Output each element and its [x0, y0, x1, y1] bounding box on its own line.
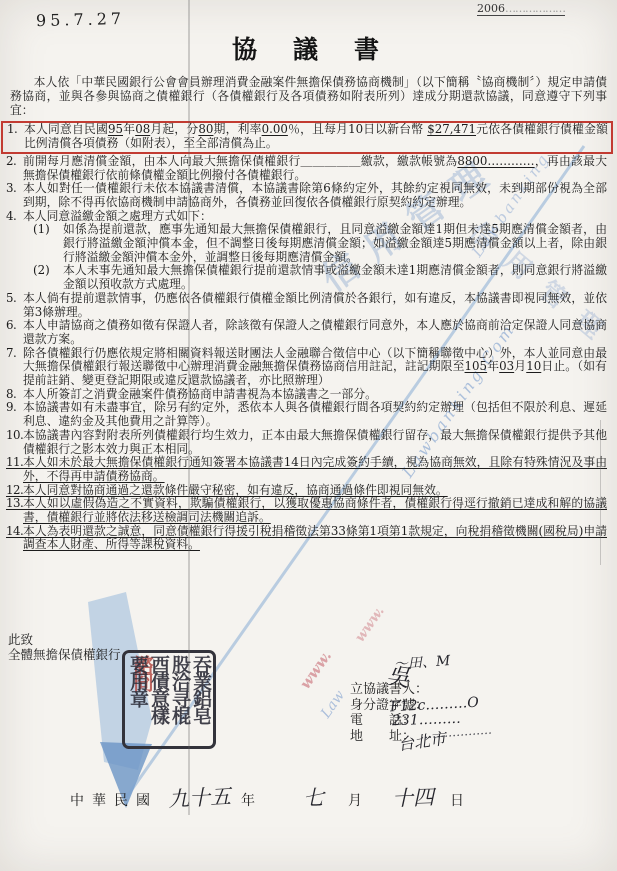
- document-number-clear: 2006: [477, 2, 505, 15]
- clause-number: 11.: [6, 456, 23, 470]
- day-label: 日: [450, 790, 464, 810]
- clause-8: 8.本人所簽訂之消費金融案件債務協商申請書視為本協議書之一部分。: [8, 388, 607, 402]
- document-number: 2006………………: [477, 2, 565, 16]
- clause-2: 2.前開每月應清償金額，由本人向最大無擔保債權銀行＿＿＿＿＿繳款，繳款帳號為88…: [8, 155, 607, 182]
- clause-10: 10.本協議書內容對附表所列債權銀行均生效力，正本由最大無擔保債權銀行留存，最大…: [8, 429, 607, 456]
- clause-number: 9.: [6, 401, 16, 415]
- received-date-stamp: 95.7.27: [36, 9, 126, 30]
- clause-7: 7.除各債權銀行仍應依規定將相關資料報送財團法人金融聯合徵信中心（以下簡稱聯徵中…: [8, 347, 607, 388]
- seal-column: 股洽寻棍: [170, 655, 189, 744]
- handwritten-month: 七: [302, 782, 324, 813]
- clause-list: 1.本人同意自民國95年08月起，分80期，利率0.00％，且每月10日以新台幣…: [8, 121, 607, 552]
- clause-subitem: (1)如係為提前還款，應事先通知最大無擔保債權銀行，且同意溢繳金額達1期但未達5…: [33, 223, 607, 264]
- date-line: 中華民國 九十五 年 七 月 十四 日: [70, 782, 464, 812]
- seal-column: 酉債意樣: [149, 655, 168, 744]
- clause-number: 14.: [6, 525, 23, 539]
- clause-14: 14.本人為表明還款之誠意，同意債權銀行得援引稅捐稽徵法第33條第1項第1款規定…: [8, 525, 607, 552]
- filled-blank: $27,471: [427, 122, 476, 136]
- clause-13: 13.本人如以虛假偽造之不實資料，欺騙債權銀行，以獲取優惠協商條件者，債權銀行得…: [8, 497, 607, 524]
- clause-number: 8.: [6, 388, 16, 402]
- clause-number: 4.: [6, 210, 16, 224]
- scanned-agreement-document: 信用管理 信用管理 Lawbanking.Com Lawbanking www.…: [0, 0, 617, 871]
- filled-blank: 08: [135, 122, 150, 136]
- clause-subitem: (2)本人未事先通知最大無擔保債權銀行提前還款情事或溢繳金額未達1期應清償金額者…: [33, 264, 607, 291]
- clause-4: 4.本人同意溢繳金額之處理方式如下：(1)如係為提前還款，應事先通知最大無擔保債…: [8, 210, 607, 292]
- clause-number: 10.: [6, 429, 23, 443]
- era-label: 中華民國: [70, 790, 158, 810]
- clause-number: 13.: [6, 497, 23, 511]
- highlight-red-box: 1.本人同意自民國95年08月起，分80期，利率0.00％，且每月10日以新台幣…: [1, 121, 613, 153]
- clause-number: 12.: [6, 484, 23, 498]
- filled-blank: 8800…………: [457, 154, 534, 168]
- clause-number: 7.: [6, 347, 16, 361]
- filled-blank: 80: [198, 122, 213, 136]
- clause-number: 6.: [6, 319, 16, 333]
- clause-1: 1.本人同意自民國95年08月起，分80期，利率0.00％，且每月10日以新台幣…: [9, 123, 608, 150]
- clause-number: 2.: [6, 155, 16, 169]
- clause-5: 5.本人倘有提前還款情事，仍應依各債權銀行債權金額比例清償於各銀行，如有違反，本…: [8, 292, 607, 319]
- clause-11: 11.本人如未於最大無擔保債權銀行通知簽署本協議書14日內完成簽約手續，視為協商…: [8, 456, 607, 483]
- right-edge-crease: [600, 420, 601, 565]
- closing-addressee: 全體無擔保債權銀行: [8, 647, 121, 662]
- subitem-number: (2): [33, 264, 50, 278]
- handwritten-address-city: 台北市: [397, 731, 447, 753]
- filled-blank: 10: [526, 359, 541, 373]
- clause-number: 1.: [7, 123, 17, 137]
- month-label: 月: [348, 790, 362, 810]
- handwritten-signer-name: 吳: [385, 668, 411, 687]
- document-number-redacted: ………………: [505, 2, 565, 15]
- seal-column: 吞業鋁皂: [191, 655, 210, 744]
- clause-6: 6.本人申請協商之債務如徵有保證人者，除該徵有保證人之債權銀行同意外，本人應於協…: [8, 319, 607, 346]
- filled-blank: 0.00: [262, 122, 288, 136]
- bank-seal-stamp: 諮冏 吞業鋁皂股洽寻棍酉債意樣要用章: [122, 650, 216, 749]
- filled-blank: 105: [465, 359, 488, 373]
- closing-block: 此致 全體無擔保債權銀行: [8, 632, 121, 662]
- closing-salutation: 此致: [8, 632, 121, 647]
- clause-3: 3.本人如對任一債權銀行未依本協議書清償，本協議書除第6條約定外，其餘約定視同無…: [8, 182, 607, 209]
- intro-paragraph: 本人依「中華民國銀行公會會員辦理消費金融案件無擔保債務協商機制」（以下簡稱〝協商…: [10, 76, 607, 117]
- filled-blank: 95: [108, 122, 123, 136]
- handwritten-year: 九十五: [167, 780, 231, 813]
- subitem-number: (1): [33, 223, 50, 237]
- seal-column: 要用章: [128, 655, 147, 744]
- clause-number: 3.: [6, 182, 16, 196]
- year-label: 年: [241, 790, 255, 810]
- page-fold-crease: [188, 0, 190, 815]
- clause-9: 9.本協議書如有未盡事宜，除另有約定外，悉依本人與各債權銀行間各項契約約定辦理（…: [8, 401, 607, 428]
- clause-number: 5.: [6, 292, 16, 306]
- handwritten-day: 十四: [391, 781, 434, 812]
- signature-block: 立協議書人： 身分證字號： 電 話： 地 址： ～田、M 吳 F12c………O …: [350, 682, 428, 744]
- page-title: 協議書: [0, 30, 617, 66]
- clause-12: 12.本人同意對協商通過之還款條件嚴守秘密，如有違反，協商通過條件即視同無效。: [8, 484, 607, 498]
- filled-blank: 03: [499, 359, 514, 373]
